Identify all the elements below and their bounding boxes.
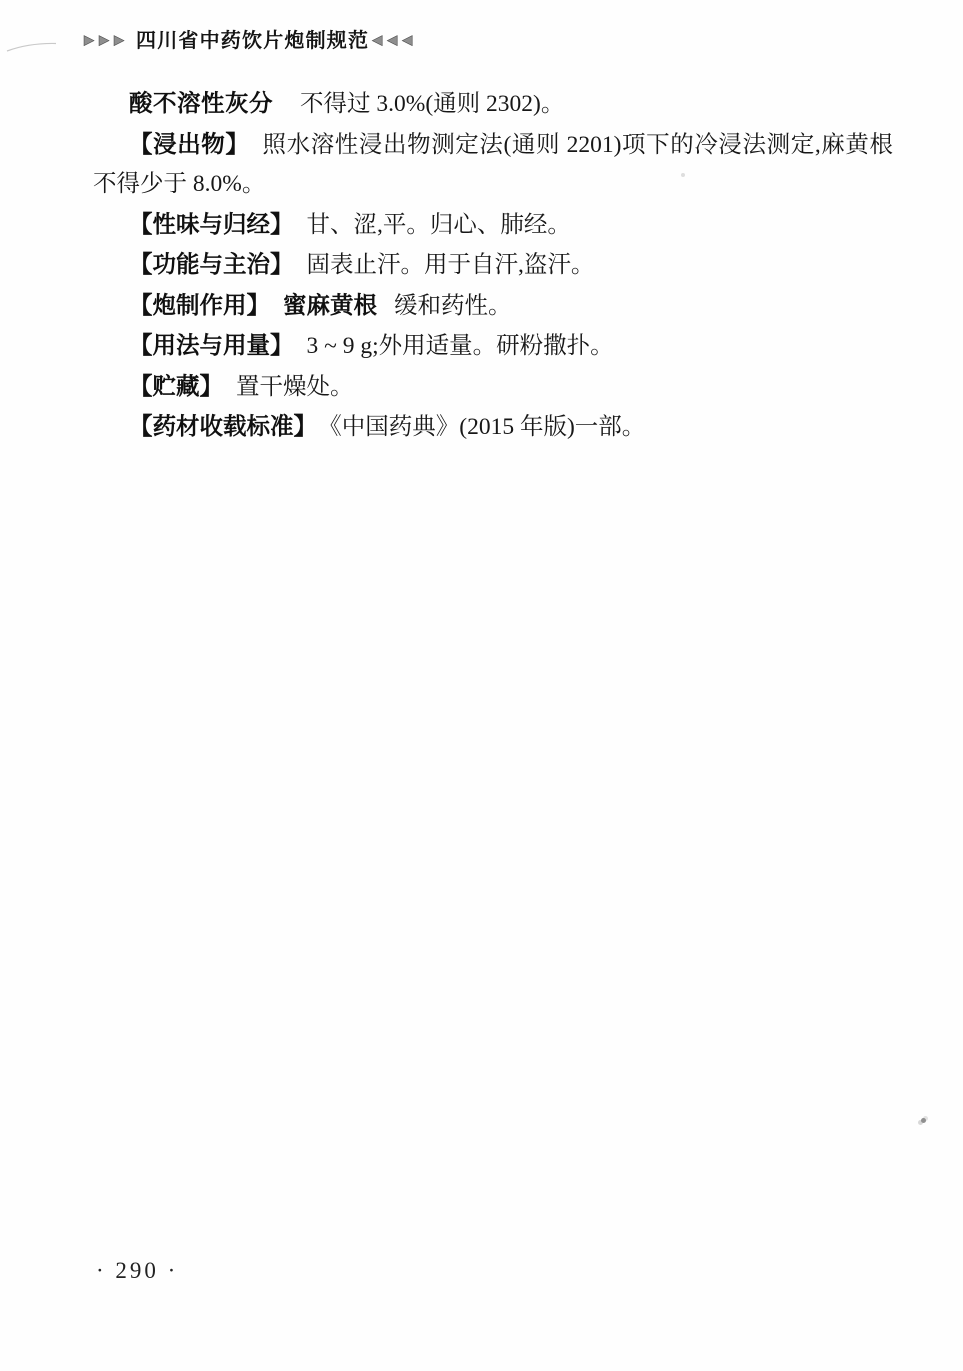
section-acid-insoluble-ash: 酸不溶性灰分不得过 3.0%(通则 2302)。 [93,84,893,125]
section-text: 3 ~ 9 g;外用适量。研粉撒扑。 [307,333,614,359]
scan-speck [681,173,685,177]
section-extractives: 【浸出物】照水溶性浸出物测定法(通则 2201)项下的冷浸法测定,麻黄根不得少于… [93,125,893,205]
section-property-meridian: 【性味与归经】甘、涩,平。归心、肺经。 [93,205,893,246]
section-function-indication: 【功能与主治】固表止汗。用于自汗,盗汗。 [93,245,893,286]
section-label: 【药材收载标准】 [129,413,317,439]
section-text: 甘、涩,平。归心、肺经。 [307,212,571,238]
section-dosage-usage: 【用法与用量】3 ~ 9 g;外用适量。研粉撒扑。 [93,326,893,367]
section-label: 【性味与归经】 [129,211,294,237]
page-number: · 290 · [96,1258,178,1284]
section-label: 【浸出物】 [129,131,250,157]
section-label: 【功能与主治】 [129,251,294,277]
triple-arrow-left-icon: ◀◀◀ [372,30,417,52]
section-label: 【炮制作用】 [129,292,270,318]
triple-arrow-right-icon: ▶▶▶ [84,30,129,52]
section-subject: 蜜麻黄根 [283,292,377,318]
pencil-scan-mark [4,38,64,58]
section-processing-effect: 【炮制作用】蜜麻黄根缓和药性。 [93,286,893,327]
header-title: 四川省中药饮片炮制规范 [136,29,369,53]
section-label: 【贮藏】 [129,373,223,399]
section-text: 不得过 3.0%(通则 2302)。 [300,91,564,117]
section-text: 固表止汗。用于自汗,盗汗。 [307,252,595,278]
section-storage: 【贮藏】置干燥处。 [93,367,893,408]
section-text: 缓和药性。 [394,293,512,319]
section-label: 酸不溶性灰分 [129,90,273,116]
section-text: 《中国药典》(2015 年版)一部。 [330,414,645,440]
section-material-standard: 【药材收载标准】《中国药典》(2015 年版)一部。 [93,407,893,448]
page-body: 酸不溶性灰分不得过 3.0%(通则 2302)。 【浸出物】照水溶性浸出物测定法… [93,84,893,448]
section-label: 【用法与用量】 [129,332,294,358]
scan-speck [921,1118,926,1123]
page-header: ▶▶▶ 四川省中药饮片炮制规范 ◀◀◀ [84,29,417,53]
section-text: 置干燥处。 [236,374,354,400]
